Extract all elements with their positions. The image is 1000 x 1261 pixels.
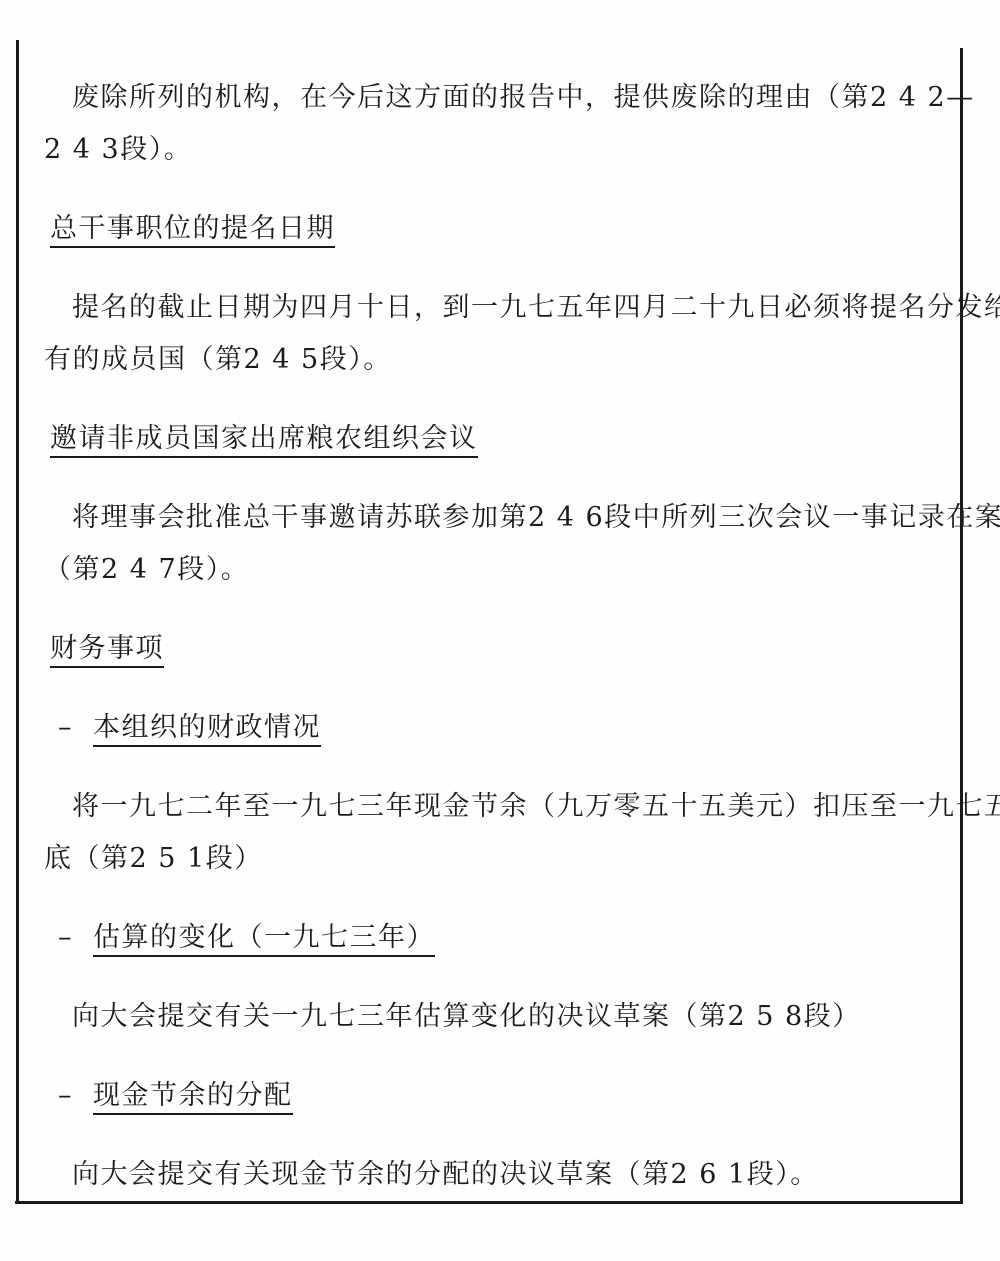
heading-underlined-text: 邀请非成员国家出席粮农组织会议 <box>50 423 478 458</box>
paragraph-line: 向大会提交有关现金节余的分配的决议草案（第2 6 1段）。 <box>44 1149 924 1201</box>
paragraph-line: 底（第2 5 1段） <box>44 833 924 885</box>
paragraph-258: 向大会提交有关一九七三年估算变化的决议草案（第2 5 8段） <box>44 991 924 1043</box>
paragraph-261: 向大会提交有关现金节余的分配的决议草案（第2 6 1段）。 <box>44 1149 924 1201</box>
paragraph-line: 向大会提交有关一九七三年估算变化的决议草案（第2 5 8段） <box>44 991 924 1043</box>
dash-bullet: – <box>58 1070 93 1122</box>
heading-underlined-text: 财务事项 <box>50 633 164 668</box>
list-item-estimate-changes: –估算的变化（一九七三年） <box>44 912 924 964</box>
paragraph-line: 有的成员国（第2 4 5段）。 <box>44 334 924 386</box>
paragraph-line: 将理事会批准总干事邀请苏联参加第2 4 6段中所列三次会议一事记录在案 <box>44 492 924 544</box>
page-border-bottom <box>15 1201 963 1204</box>
list-item-cash-surplus-distribution: –现金节余的分配 <box>44 1070 924 1122</box>
paragraph-251: 将一九七二年至一九七三年现金节余（九万零五十五美元）扣压至一九七五年 底（第2 … <box>44 781 924 885</box>
list-item-underlined-text: 本组织的财政情况 <box>93 712 321 747</box>
paragraph-245: 提名的截止日期为四月十日，到一九七五年四月二十九日必须将提名分发给所 有的成员国… <box>44 282 924 386</box>
list-item-financial-position: –本组织的财政情况 <box>44 702 924 754</box>
section-heading-invite-nonmembers: 邀请非成员国家出席粮农组织会议 <box>50 413 924 465</box>
list-item-underlined-text: 现金节余的分配 <box>93 1080 293 1115</box>
paragraph-line: 2 4 3段）。 <box>44 124 924 176</box>
paragraph-247: 将理事会批准总干事邀请苏联参加第2 4 6段中所列三次会议一事记录在案 （第2 … <box>44 492 924 596</box>
paragraph-line: 废除所列的机构，在今后这方面的报告中，提供废除的理由（第2 4 2— <box>44 72 924 124</box>
list-item-underlined-text: 估算的变化（一九七三年） <box>93 922 435 957</box>
paragraph-242-243: 废除所列的机构，在今后这方面的报告中，提供废除的理由（第2 4 2— 2 4 3… <box>44 72 924 176</box>
page-border-right <box>960 48 963 1204</box>
paragraph-line: 提名的截止日期为四月十日，到一九七五年四月二十九日必须将提名分发给所 <box>44 282 924 334</box>
page-border-left <box>16 40 19 1204</box>
scanned-document-page: 废除所列的机构，在今后这方面的报告中，提供废除的理由（第2 4 2— 2 4 3… <box>0 0 1000 1261</box>
document-content: 废除所列的机构，在今后这方面的报告中，提供废除的理由（第2 4 2— 2 4 3… <box>44 72 924 1201</box>
dash-bullet: – <box>58 702 93 754</box>
section-heading-nomination-date: 总干事职位的提名日期 <box>50 203 924 255</box>
heading-underlined-text: 总干事职位的提名日期 <box>50 213 335 248</box>
dash-bullet: – <box>58 912 93 964</box>
paragraph-line: （第2 4 7段）。 <box>44 544 924 596</box>
section-heading-financial-matters: 财务事项 <box>50 623 924 675</box>
paragraph-line: 将一九七二年至一九七三年现金节余（九万零五十五美元）扣压至一九七五年 <box>44 781 924 833</box>
